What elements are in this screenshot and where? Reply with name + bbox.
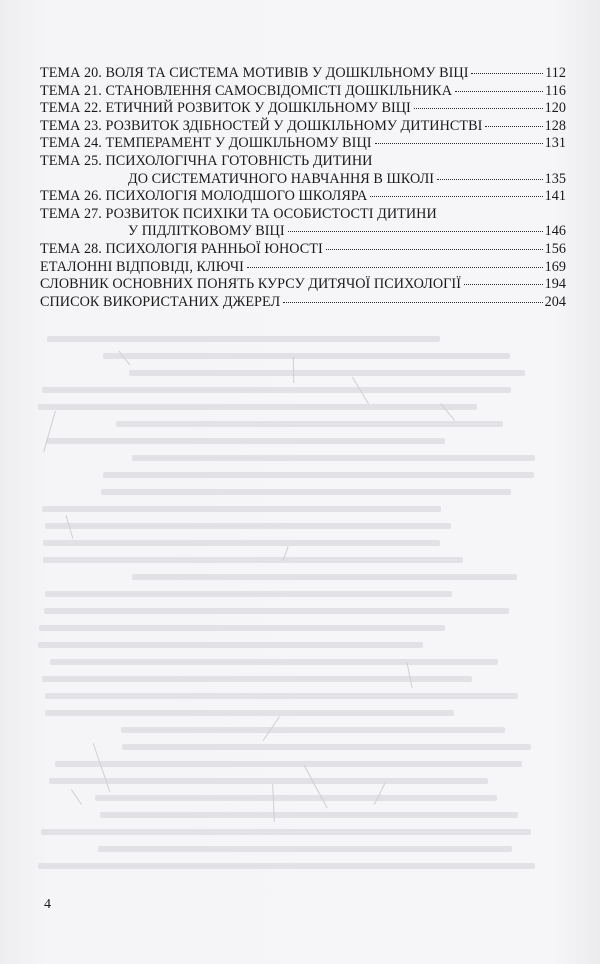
toc-page-number: 141 xyxy=(545,188,566,206)
toc-entry: ТЕМА 26. ПСИХОЛОГІЯ МОЛОДШОГО ШКОЛЯРА141 xyxy=(40,188,566,206)
bleed-line xyxy=(98,846,512,852)
bleed-line xyxy=(42,506,441,512)
dot-leader xyxy=(485,126,542,127)
bleed-line xyxy=(101,489,511,495)
paper-scratch xyxy=(293,357,294,383)
toc-entry: СЛОВНИК ОСНОВНИХ ПОНЯТЬ КУРСУ ДИТЯЧОЇ ПС… xyxy=(40,276,566,294)
toc-page-number: 135 xyxy=(545,171,566,189)
bleed-line xyxy=(50,659,499,665)
bleed-line xyxy=(55,761,522,767)
dot-leader xyxy=(455,91,543,92)
toc-entry: ТЕМА 24. ТЕМПЕРАМЕНТ У ДОШКІЛЬНОМУ ВІЦІ1… xyxy=(40,135,566,153)
dot-leader xyxy=(288,231,543,232)
toc-entry-title: ЕТАЛОННІ ВІДПОВІДІ, КЛЮЧІ xyxy=(40,259,244,277)
bleed-line xyxy=(129,370,525,376)
bleed-line xyxy=(43,540,440,546)
toc-line: СПИСОК ВИКОРИСТАНИХ ДЖЕРЕЛ204 xyxy=(40,294,566,312)
toc-entry: ТЕМА 27. РОЗВИТОК ПСИХІКИ ТА ОСОБИСТОСТІ… xyxy=(40,206,566,241)
toc-entry-title: ДО СИСТЕМАТИЧНОГО НАВЧАННЯ В ШКОЛІ xyxy=(40,171,434,189)
toc-entry: ЕТАЛОННІ ВІДПОВІДІ, КЛЮЧІ169 xyxy=(40,259,566,277)
toc-entry-title: ТЕМА 26. ПСИХОЛОГІЯ МОЛОДШОГО ШКОЛЯРА xyxy=(40,188,367,206)
bleed-line xyxy=(38,642,424,648)
toc-entry-title: ТЕМА 20. ВОЛЯ ТА СИСТЕМА МОТИВІВ У ДОШКІ… xyxy=(40,65,468,83)
toc-line: ТЕМА 22. ЕТИЧНИЙ РОЗВИТОК У ДОШКІЛЬНОМУ … xyxy=(40,100,566,118)
page-number: 4 xyxy=(44,897,51,913)
book-page: ТЕМА 20. ВОЛЯ ТА СИСТЕМА МОТИВІВ У ДОШКІ… xyxy=(0,0,600,964)
toc-page-number: 194 xyxy=(545,276,566,294)
bleed-line xyxy=(41,829,531,835)
toc-line: ДО СИСТЕМАТИЧНОГО НАВЧАННЯ В ШКОЛІ135 xyxy=(40,171,566,189)
toc-entry-title: ТЕМА 22. ЕТИЧНИЙ РОЗВИТОК У ДОШКІЛЬНОМУ … xyxy=(40,100,411,118)
toc-page-number: 204 xyxy=(545,294,566,312)
table-of-contents: ТЕМА 20. ВОЛЯ ТА СИСТЕМА МОТИВІВ У ДОШКІ… xyxy=(40,65,566,311)
bleed-line xyxy=(39,625,445,631)
toc-line: ТЕМА 28. ПСИХОЛОГІЯ РАННЬОЇ ЮНОСТІ156 xyxy=(40,241,566,259)
toc-page-number: 120 xyxy=(545,100,566,118)
bleed-line xyxy=(45,523,451,529)
bleed-line xyxy=(103,353,510,359)
bleed-line xyxy=(46,438,445,444)
bleed-line xyxy=(38,404,477,410)
toc-entry-title: ТЕМА 21. СТАНОВЛЕННЯ САМОСВІДОМІСТІ ДОШК… xyxy=(40,83,452,101)
toc-line: ЕТАЛОННІ ВІДПОВІДІ, КЛЮЧІ169 xyxy=(40,259,566,277)
dot-leader xyxy=(283,302,542,303)
toc-entry-title: СПИСОК ВИКОРИСТАНИХ ДЖЕРЕЛ xyxy=(40,294,280,312)
bleed-line xyxy=(45,710,454,716)
toc-line: ТЕМА 21. СТАНОВЛЕННЯ САМОСВІДОМІСТІ ДОШК… xyxy=(40,83,566,101)
toc-entry-title: ТЕМА 24. ТЕМПЕРАМЕНТ У ДОШКІЛЬНОМУ ВІЦІ xyxy=(40,135,372,153)
paper-scratch xyxy=(43,411,56,453)
toc-page-number: 128 xyxy=(545,118,566,136)
toc-line: ТЕМА 27. РОЗВИТОК ПСИХІКИ ТА ОСОБИСТОСТІ… xyxy=(40,206,566,224)
bleed-line xyxy=(45,591,451,597)
toc-line: ТЕМА 23. РОЗВИТОК ЗДІБНОСТЕЙ У ДОШКІЛЬНО… xyxy=(40,118,566,136)
dot-leader xyxy=(247,267,543,268)
toc-entry: ТЕМА 20. ВОЛЯ ТА СИСТЕМА МОТИВІВ У ДОШКІ… xyxy=(40,65,566,83)
toc-line: ТЕМА 25. ПСИХОЛОГІЧНА ГОТОВНІСТЬ ДИТИНИ xyxy=(40,153,566,171)
toc-page-number: 116 xyxy=(545,83,566,101)
bleed-line xyxy=(38,863,535,869)
toc-entry: ТЕМА 23. РОЗВИТОК ЗДІБНОСТЕЙ У ДОШКІЛЬНО… xyxy=(40,118,566,136)
toc-entry-title: ТЕМА 25. ПСИХОЛОГІЧНА ГОТОВНІСТЬ ДИТИНИ xyxy=(40,153,372,171)
bleed-line xyxy=(116,421,502,427)
toc-entry-title: ТЕМА 27. РОЗВИТОК ПСИХІКИ ТА ОСОБИСТОСТІ… xyxy=(40,206,437,224)
toc-page-number: 146 xyxy=(545,223,566,241)
toc-entry: ТЕМА 28. ПСИХОЛОГІЯ РАННЬОЇ ЮНОСТІ156 xyxy=(40,241,566,259)
toc-page-number: 169 xyxy=(545,259,566,277)
toc-entry: ТЕМА 21. СТАНОВЛЕННЯ САМОСВІДОМІСТІ ДОШК… xyxy=(40,83,566,101)
dot-leader xyxy=(326,249,543,250)
paper-scratch xyxy=(93,744,110,792)
bleed-line xyxy=(42,387,511,393)
bleed-line xyxy=(100,812,519,818)
bleed-line xyxy=(121,727,506,733)
dot-leader xyxy=(370,196,542,197)
toc-entry-title: ТЕМА 28. ПСИХОЛОГІЯ РАННЬОЇ ЮНОСТІ xyxy=(40,241,323,259)
bleed-line xyxy=(43,557,463,563)
toc-line: ТЕМА 24. ТЕМПЕРАМЕНТ У ДОШКІЛЬНОМУ ВІЦІ1… xyxy=(40,135,566,153)
toc-entry-title: ТЕМА 23. РОЗВИТОК ЗДІБНОСТЕЙ У ДОШКІЛЬНО… xyxy=(40,118,482,136)
toc-page-number: 156 xyxy=(545,241,566,259)
bleed-line xyxy=(132,574,518,580)
dot-leader xyxy=(437,179,542,180)
bleed-line xyxy=(42,676,472,682)
toc-entry: СПИСОК ВИКОРИСТАНИХ ДЖЕРЕЛ204 xyxy=(40,294,566,312)
toc-entry: ТЕМА 22. ЕТИЧНИЙ РОЗВИТОК У ДОШКІЛЬНОМУ … xyxy=(40,100,566,118)
toc-entry-title: СЛОВНИК ОСНОВНИХ ПОНЯТЬ КУРСУ ДИТЯЧОЇ ПС… xyxy=(40,276,461,294)
toc-entry-title: У ПІДЛІТКОВОМУ ВІЦІ xyxy=(40,223,285,241)
bleed-line xyxy=(103,472,534,478)
toc-line: У ПІДЛІТКОВОМУ ВІЦІ146 xyxy=(40,223,566,241)
bleed-line xyxy=(45,693,518,699)
paper-scratch xyxy=(304,765,328,808)
bleed-line xyxy=(132,455,535,461)
dot-leader xyxy=(414,108,543,109)
toc-line: СЛОВНИК ОСНОВНИХ ПОНЯТЬ КУРСУ ДИТЯЧОЇ ПС… xyxy=(40,276,566,294)
bleed-through-texture xyxy=(36,330,576,890)
dot-leader xyxy=(471,73,543,74)
bleed-line xyxy=(44,608,509,614)
dot-leader xyxy=(464,284,543,285)
toc-entry: ТЕМА 25. ПСИХОЛОГІЧНА ГОТОВНІСТЬ ДИТИНИД… xyxy=(40,153,566,188)
bleed-line xyxy=(95,795,497,801)
bleed-line xyxy=(47,336,440,342)
toc-page-number: 112 xyxy=(545,65,566,83)
dot-leader xyxy=(375,143,543,144)
paper-scratch xyxy=(71,789,82,805)
bleed-line xyxy=(49,778,488,784)
toc-line: ТЕМА 26. ПСИХОЛОГІЯ МОЛОДШОГО ШКОЛЯРА141 xyxy=(40,188,566,206)
toc-line: ТЕМА 20. ВОЛЯ ТА СИСТЕМА МОТИВІВ У ДОШКІ… xyxy=(40,65,566,83)
bleed-line xyxy=(122,744,531,750)
toc-page-number: 131 xyxy=(545,135,566,153)
